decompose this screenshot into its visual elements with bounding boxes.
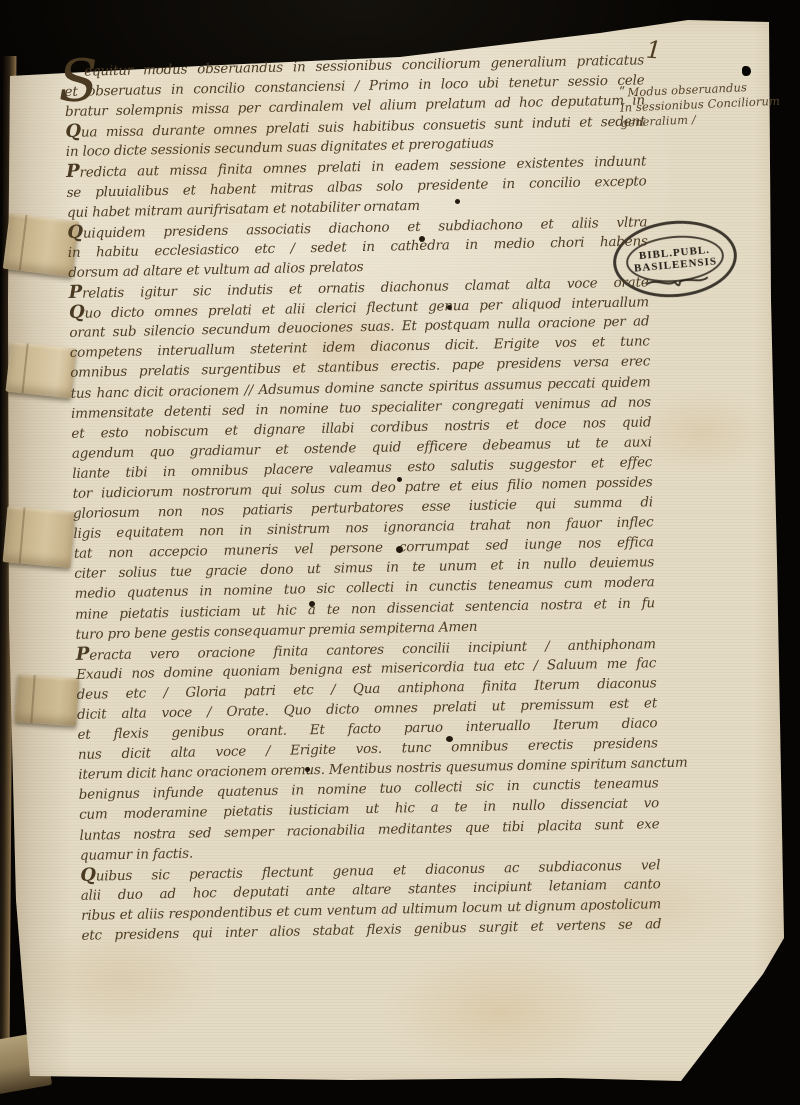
ink-blot <box>397 477 402 482</box>
tab-crease <box>19 215 28 271</box>
ink-blot <box>309 601 315 607</box>
tab-crease <box>30 675 35 723</box>
ink-blot <box>396 546 403 553</box>
manuscript-text-block: S equitur modus obseruandus in sessionib… <box>64 50 662 946</box>
ink-blot <box>305 767 310 772</box>
ink-blot <box>447 305 452 310</box>
parchment-bookmark-tab <box>6 342 77 399</box>
parchment-hole <box>742 66 751 76</box>
manuscript-photo: 1 ʺModus obseruandus In sessionibus Conc… <box>0 0 800 1105</box>
tab-crease <box>19 508 26 564</box>
ink-blot <box>419 236 425 242</box>
ink-blot <box>446 736 453 742</box>
ink-blot <box>455 199 460 204</box>
drop-cap-initial: S <box>58 51 99 110</box>
parchment-bookmark-tab <box>3 506 76 568</box>
parchment-bookmark-tab <box>14 674 79 726</box>
folio-number: 1 <box>645 36 662 65</box>
tab-crease <box>21 343 28 393</box>
